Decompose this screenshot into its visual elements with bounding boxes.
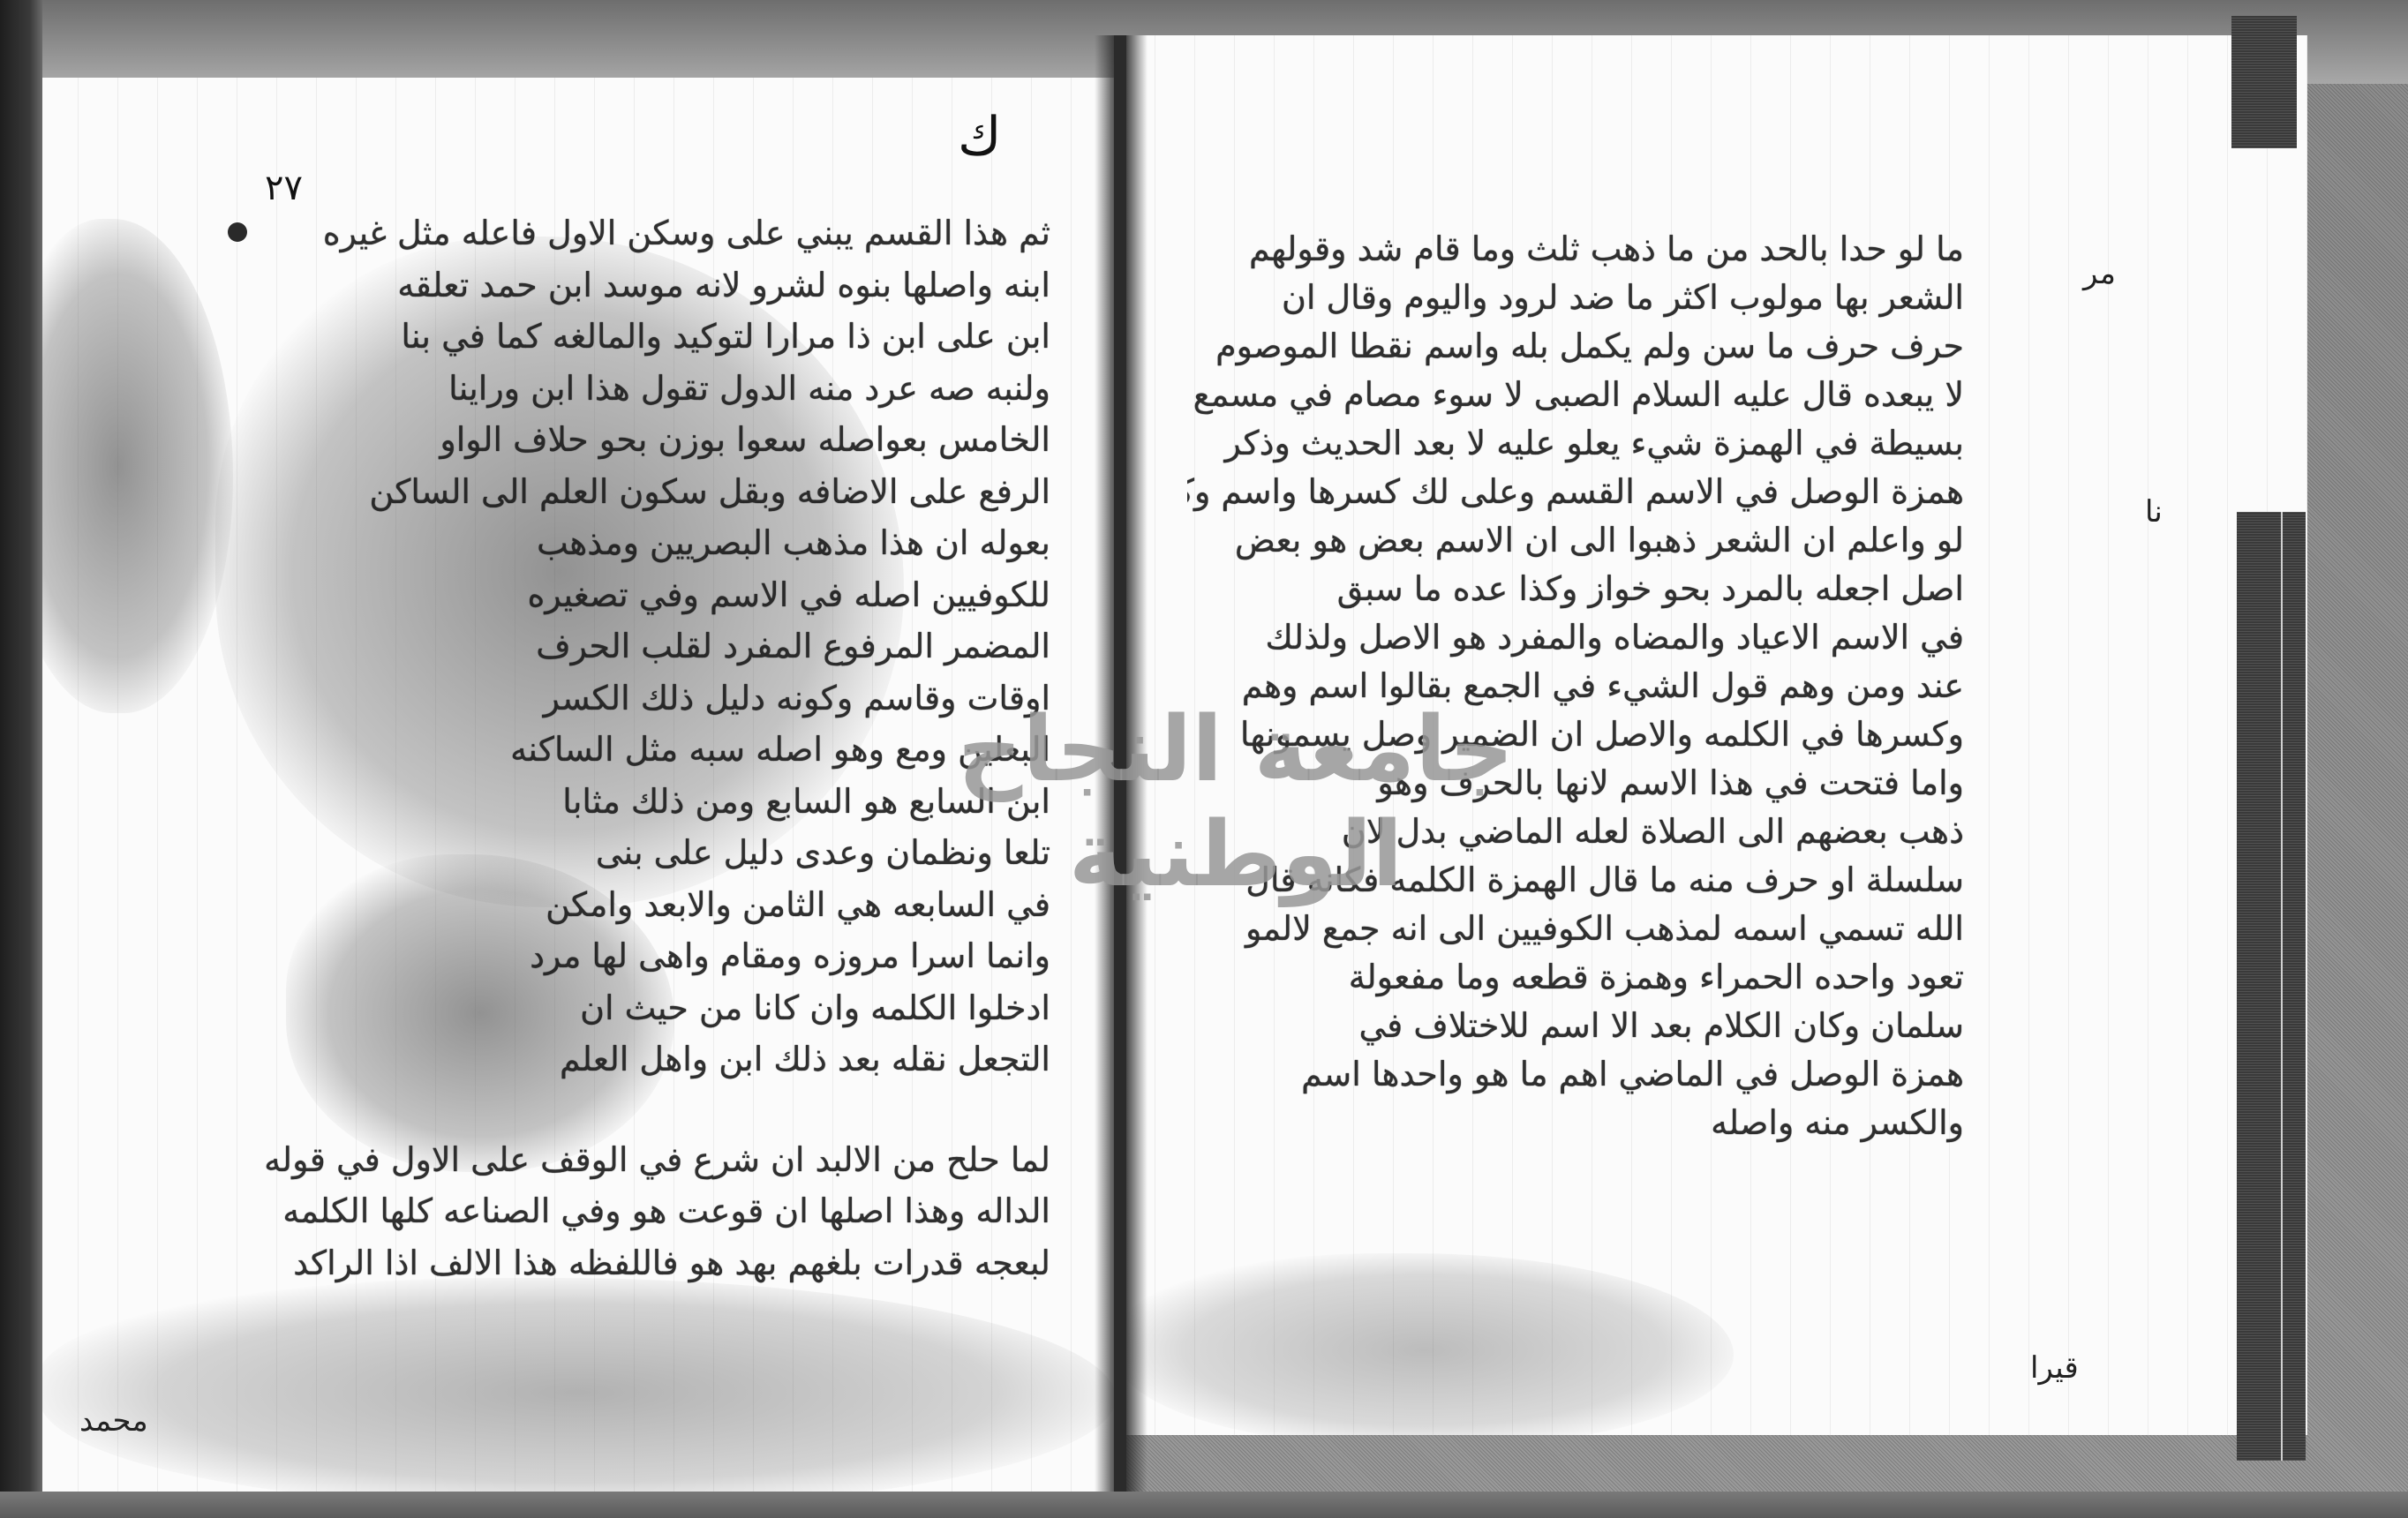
text-line: والكسر منه واصله xyxy=(1187,1099,1964,1147)
margin-note: محمد xyxy=(79,1403,148,1439)
text-line: الشعر بها مولوب اكثر ما ضد لرود واليوم و… xyxy=(1187,274,1964,322)
text-line: الخامس بعواصله سعوا بوزن بحو حلاف الواو xyxy=(256,414,1050,466)
text-line: همزة الوصل في الماضي اهم ما هو واحدها اس… xyxy=(1187,1050,1964,1099)
text-line: الداله وهذا اصلها ان قوعت هو وفي الصناعه… xyxy=(256,1185,1050,1237)
text-line: حرف حرف ما سن ولم يكمل بله واسم نقطا الم… xyxy=(1187,322,1964,371)
text-line: ثم هذا القسم يبني على وسكن الاول فاعله م… xyxy=(256,207,1050,259)
bottom-edge-shadow xyxy=(0,1492,2408,1518)
text-line: همزة الوصل في الاسم القسم وعلى لك كسرها … xyxy=(1187,468,1964,516)
water-stain-bottom-right xyxy=(1116,1253,1734,1435)
water-stain-bottom xyxy=(39,1278,1116,1500)
text-line: اصل اجعله بالمرد بحو خواز وكذا عده ما سب… xyxy=(1187,565,1964,613)
margin-note: مر xyxy=(2083,256,2116,291)
water-stain-edge xyxy=(39,219,233,713)
text-line: الرفع على الاضافه وبقل سكون العلم الى ال… xyxy=(256,466,1050,518)
text-line: ما لو حدا بالحد من ما ذهب ثلث وما قام شد… xyxy=(1187,225,1964,274)
margin-note: نا xyxy=(2145,494,2163,530)
text-line: ابنه واصلها بنوه لشرو لانه موسد ابن حمد … xyxy=(256,259,1050,312)
text-line: بسيطة في الهمزة شيء يعلو عليه لا بعد الح… xyxy=(1187,419,1964,468)
left-scan-border xyxy=(0,0,42,1518)
university-watermark: جامعة النجاح الوطنية xyxy=(900,697,1571,907)
text-line: لو واعلم ان الشعر ذهبوا الى ان الاسم بعض… xyxy=(1187,516,1964,565)
bookmark-strip xyxy=(2237,512,2306,1461)
text-line: تعود واحده الحمراء وهمزة قطعه وما مفعولة xyxy=(1187,953,1964,1002)
text-line: في الاسم الاعياد والمضاه والمفرد هو الاص… xyxy=(1187,613,1964,662)
text-line: بعوله ان هذا مذهب البصريين ومذهب xyxy=(256,517,1050,569)
text-line: ابن على ابن ذا مرارا لتوكيد والمالغه كما… xyxy=(256,311,1050,363)
right-page-text: ما لو حدا بالحد من ما ذهب ثلث وما قام شد… xyxy=(1187,225,1964,1147)
text-line: التجعل نقله بعد ذلك ابن واهل العلم xyxy=(256,1033,1050,1086)
text-line: الله تسمي اسمه لمذهب الكوفيين الى انه جم… xyxy=(1187,905,1964,953)
catchword-top: ك xyxy=(958,106,1001,168)
text-line: وانما اسرا مروزه ومقام واهى لها مرد xyxy=(256,930,1050,982)
text-line: لما حلح من الالبد ان شرع في الوقف على ال… xyxy=(256,1134,1050,1186)
text-line: لا يبعده قال عليه السلام الصبى لا سوء مص… xyxy=(1187,371,1964,419)
text-line: لبعجه قدرات بلغهم بهد هو فاللفظه هذا الا… xyxy=(256,1237,1050,1289)
ink-dot xyxy=(228,222,247,242)
text-line: ادخلوا الكلمه وان كانا من حيث ان xyxy=(256,982,1050,1034)
folio-mark: ٢٧ xyxy=(265,168,303,208)
text-line: المضمر المرفوع المفرد لقلب الحرف xyxy=(256,620,1050,673)
text-line: سلمان وكان الكلام بعد الا اسم للاختلاف ف… xyxy=(1187,1002,1964,1050)
text-line: ولنبه صه عرد منه الدول تقول هذا ابن وراي… xyxy=(256,363,1050,415)
margin-note: قيرا xyxy=(2030,1350,2079,1386)
text-line: للكوفيين اصله في الاسم وفي تصغيره xyxy=(256,569,1050,621)
bookmark-tab-top xyxy=(2231,16,2297,148)
